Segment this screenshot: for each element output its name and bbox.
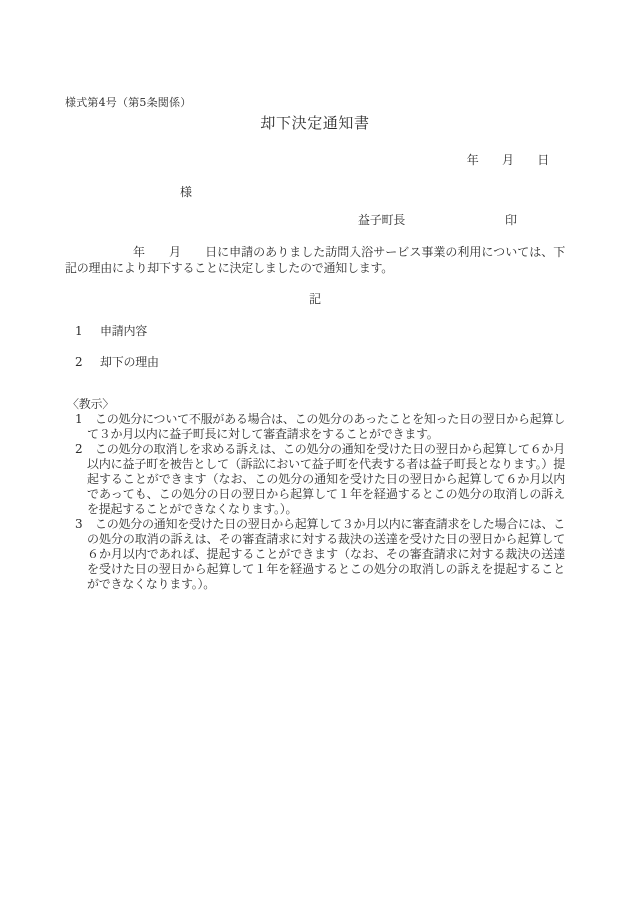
instruction-text: この処分について不服がある場合は、この処分のあったことを知った日の翌日から起算し… xyxy=(87,412,565,441)
instructions-section: 〈教示〉 1この処分について不服がある場合は、この処分のあったことを知った日の翌… xyxy=(65,397,565,592)
instruction-item-2: 2この処分の取消しを求める訴えは、この処分の通知を受けた日の翌日から起算して６か… xyxy=(75,442,565,517)
instructions-heading: 〈教示〉 xyxy=(67,397,565,412)
instruction-text: この処分の通知を受けた日の翌日から起算して３か月以内に審査請求をした場合には、こ… xyxy=(87,517,565,591)
record-heading: 記 xyxy=(65,292,565,307)
instruction-item-1: 1この処分について不服がある場合は、この処分のあったことを知った日の翌日から起算… xyxy=(75,412,565,442)
item-label: 却下の理由 xyxy=(100,355,159,369)
instruction-item-3: 3この処分の通知を受けた日の翌日から起算して３か月以内に審査請求をした場合には、… xyxy=(75,517,565,592)
addressee-line: 様 xyxy=(65,185,565,200)
instruction-text: この処分の取消しを求める訴えは、この処分の通知を受けた日の翌日から起算して６か月… xyxy=(87,442,565,516)
instruction-number: 1 xyxy=(75,412,82,427)
instruction-number: 3 xyxy=(75,517,82,532)
application-content-item: 1申請内容 xyxy=(65,324,565,339)
form-number-label: 様式第4号（第5条関係） xyxy=(65,96,565,110)
body-paragraph: 年 月 日に申請のありました訪問入浴サービス事業の利用については、下記の理由によ… xyxy=(65,245,565,276)
rejection-reason-item: 2却下の理由 xyxy=(65,355,565,370)
seal-mark: 印 xyxy=(505,213,517,227)
item-number: 2 xyxy=(75,355,100,370)
document-page: 様式第4号（第5条関係） 却下決定通知書 年 月 日 様 益子町長印 年 月 日… xyxy=(0,0,630,915)
item-label: 申請内容 xyxy=(100,324,147,338)
instruction-number: 2 xyxy=(75,442,82,457)
document-content: 様式第4号（第5条関係） 却下決定通知書 年 月 日 様 益子町長印 年 月 日… xyxy=(0,0,630,592)
issuer-line: 益子町長印 xyxy=(65,213,565,228)
addressee-honorific: 様 xyxy=(180,185,192,199)
issuer-title: 益子町長 xyxy=(358,213,405,227)
issue-date-line: 年 月 日 xyxy=(65,153,565,168)
document-title: 却下決定通知書 xyxy=(65,113,565,133)
item-number: 1 xyxy=(75,324,100,339)
